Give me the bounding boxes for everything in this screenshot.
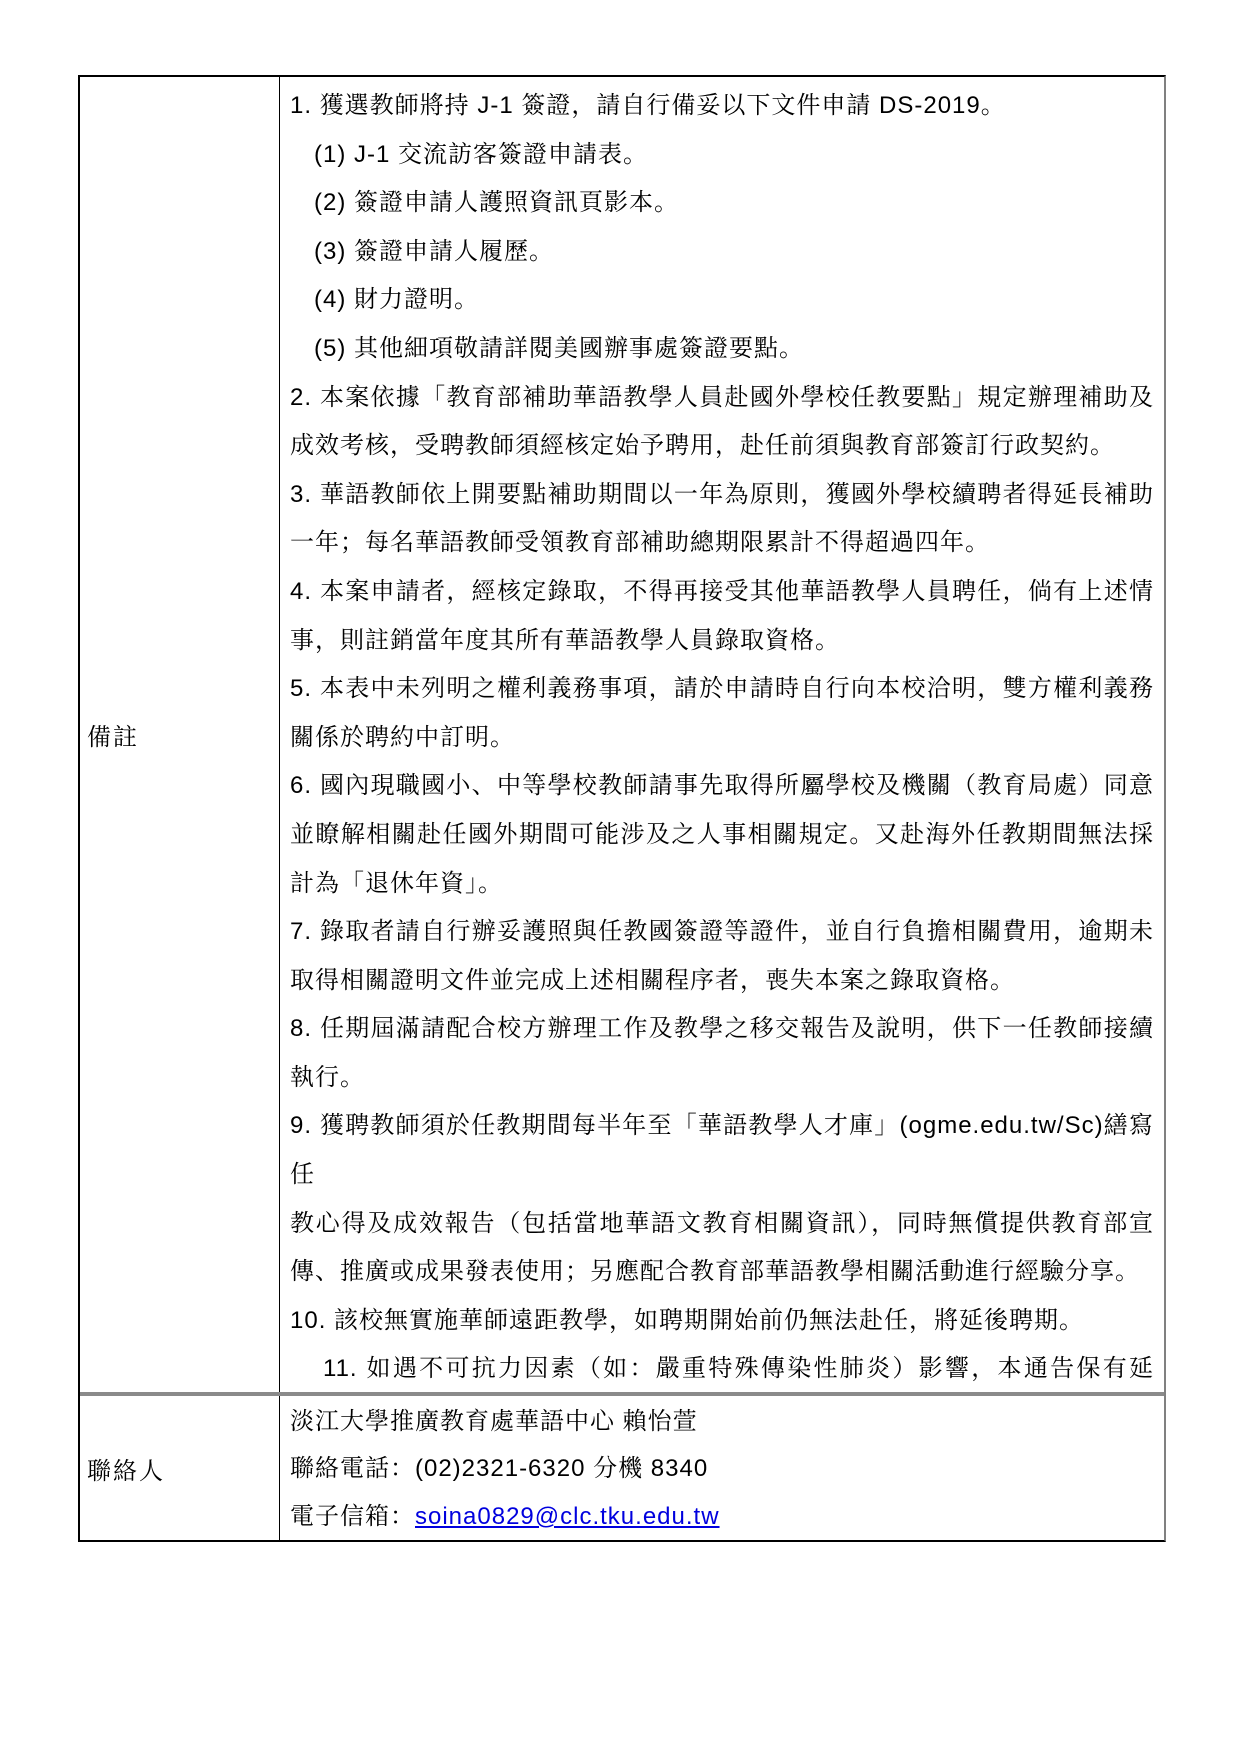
- info-table: 備註 1. 獲選教師將持 J-1 簽證，請自行備妥以下文件申請 DS-2019。…: [78, 75, 1166, 1542]
- note-line: 6. 國內現職國小、中等學校教師請事先取得所屬學校及機關（教育局處）同意: [290, 762, 1154, 811]
- notes-label-cell: 備註: [80, 77, 280, 1392]
- contact-phone-line: 聯絡電話：(02)2321-6320 分機 8340: [290, 1445, 1154, 1492]
- note-line: (2) 簽證申請人護照資訊頁影本。: [290, 179, 1154, 228]
- email-link[interactable]: soina0829@clc.tku.edu.tw: [415, 1503, 720, 1530]
- note-line: 7. 錄取者請自行辦妥護照與任教國簽證等證件，並自行負擔相關費用，逾期未: [290, 908, 1154, 957]
- note-line: 取得相關證明文件並完成上述相關程序者，喪失本案之錄取資格。: [290, 957, 1154, 1006]
- note-line: 並瞭解相關赴任國外期間可能涉及之人事相關規定。又赴海外任教期間無法採: [290, 811, 1154, 860]
- contact-org-line: 淡江大學推廣教育處華語中心 賴怡萱: [290, 1398, 1154, 1445]
- contact-row: 聯絡人 淡江大學推廣教育處華語中心 賴怡萱 聯絡電話：(02)2321-6320…: [80, 1396, 1164, 1540]
- note-line: (3) 簽證申請人履歷。: [290, 228, 1154, 277]
- note-line: 成效考核，受聘教師須經核定始予聘用，赴任前須與教育部簽訂行政契約。: [290, 422, 1154, 471]
- note-line: 11. 如遇不可抗力因素（如：嚴重特殊傳染性肺炎）影響，本通告保有延期、: [290, 1345, 1154, 1392]
- contact-email-label: 電子信箱：: [290, 1503, 415, 1530]
- note-line: 9. 獲聘教師須於任教期間每半年至「華語教學人才庫」(ogme.edu.tw/S…: [290, 1102, 1154, 1199]
- contact-label: 聯絡人: [87, 1451, 165, 1486]
- note-line: 關係於聘約中訂明。: [290, 714, 1154, 763]
- notes-label: 備註: [87, 717, 139, 752]
- contact-email-line: 電子信箱：soina0829@clc.tku.edu.tw: [290, 1493, 1154, 1540]
- note-line: 1. 獲選教師將持 J-1 簽證，請自行備妥以下文件申請 DS-2019。: [290, 82, 1154, 131]
- notes-row: 備註 1. 獲選教師將持 J-1 簽證，請自行備妥以下文件申請 DS-2019。…: [80, 77, 1164, 1396]
- document-page: 備註 1. 獲選教師將持 J-1 簽證，請自行備妥以下文件申請 DS-2019。…: [0, 0, 1241, 1755]
- note-line: 事，則註銷當年度其所有華語教學人員錄取資格。: [290, 617, 1154, 666]
- note-line: 傳、推廣或成果發表使用；另應配合教育部華語教學相關活動進行經驗分享。: [290, 1248, 1154, 1297]
- contact-content-cell: 淡江大學推廣教育處華語中心 賴怡萱 聯絡電話：(02)2321-6320 分機 …: [280, 1396, 1164, 1540]
- note-line: 4. 本案申請者，經核定錄取，不得再接受其他華語教學人員聘任，倘有上述情: [290, 568, 1154, 617]
- note-line: 10. 該校無實施華師遠距教學，如聘期開始前仍無法赴任，將延後聘期。: [290, 1297, 1154, 1346]
- notes-content-cell: 1. 獲選教師將持 J-1 簽證，請自行備妥以下文件申請 DS-2019。 (1…: [280, 77, 1164, 1392]
- note-line: (5) 其他細項敬請詳閱美國辦事處簽證要點。: [290, 325, 1154, 374]
- note-line: 一年；每名華語教師受領教育部補助總期限累計不得超過四年。: [290, 519, 1154, 568]
- contact-label-cell: 聯絡人: [80, 1396, 280, 1540]
- note-line: 計為「退休年資」。: [290, 860, 1154, 909]
- note-line: 2. 本案依據「教育部補助華語教學人員赴國外學校任教要點」規定辦理補助及: [290, 374, 1154, 423]
- note-line: (1) J-1 交流訪客簽證申請表。: [290, 131, 1154, 180]
- note-line: 3. 華語教師依上開要點補助期間以一年為原則，獲國外學校續聘者得延長補助: [290, 471, 1154, 520]
- note-line: 5. 本表中未列明之權利義務事項，請於申請時自行向本校洽明，雙方權利義務: [290, 665, 1154, 714]
- note-line: (4) 財力證明。: [290, 276, 1154, 325]
- note-line: 執行。: [290, 1054, 1154, 1103]
- note-line: 教心得及成效報告（包括當地華語文教育相關資訊），同時無償提供教育部宣: [290, 1200, 1154, 1249]
- note-line: 8. 任期屆滿請配合校方辦理工作及教學之移交報告及說明，供下一任教師接續: [290, 1005, 1154, 1054]
